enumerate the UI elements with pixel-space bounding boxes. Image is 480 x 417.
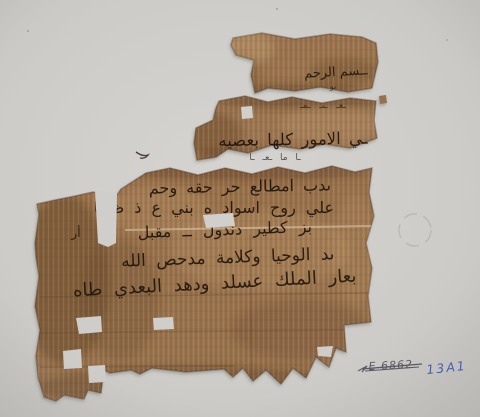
- vignette-overlay: [0, 0, 480, 417]
- papyrus-photo: ــسم الرحم ىو ـعـ ـٮـ ـمـ ـي الامور كلها…: [0, 0, 480, 417]
- photo-canvas: ــسم الرحم ىو ـعـ ـٮـ ـمـ ـي الامور كلها…: [0, 0, 480, 417]
